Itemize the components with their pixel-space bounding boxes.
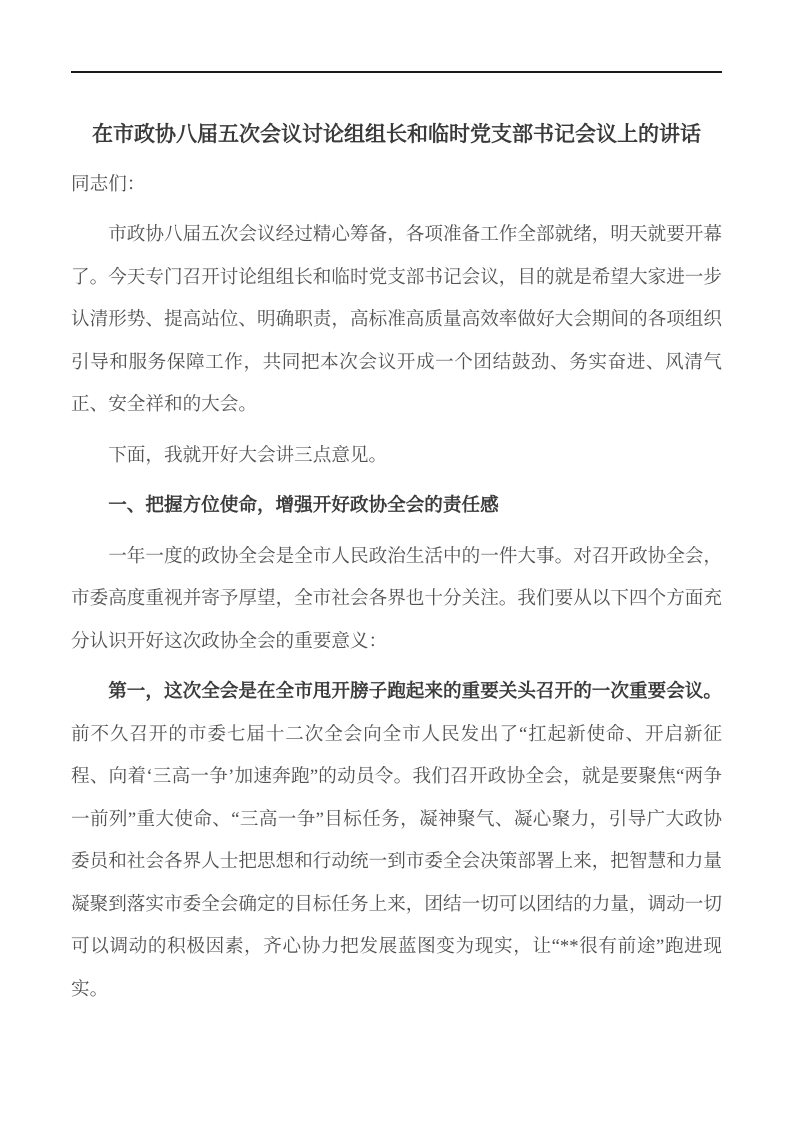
document-page: 在市政协八届五次会议讨论组组长和临时党支部书记会议上的讲话 同志们： 市政协八届…: [0, 0, 793, 1122]
paragraph-transition: 下面，我就开好大会讲三点意见。: [71, 435, 722, 478]
point-1-paragraph: 第一，这次全会是在全市甩开膀子跑起来的重要关头召开的一次重要会议。前不久召开的市…: [71, 671, 722, 1011]
document-content: 在市政协八届五次会议讨论组组长和临时党支部书记会议上的讲话 同志们： 市政协八届…: [0, 0, 793, 1011]
header-rule: [71, 71, 722, 73]
point-1-body-text: 前不久召开的市委七届十二次全会向全市人民发出了“扛起新使命、开启新征程、向着‘三…: [71, 724, 722, 1000]
section-1-intro: 一年一度的政协全会是全市人民政治生活中的一件大事。对召开政协全会，市委高度重视并…: [71, 536, 722, 664]
paragraph-intro: 市政协八届五次会议经过精心筹备，各项准备工作全部就绪，明天就要开幕了。今天专门召…: [71, 214, 722, 427]
section-1-heading: 一、把握方位使命，增强开好政协全会的责任感: [71, 485, 722, 528]
point-1-lead-sentence: 第一，这次全会是在全市甩开膀子跑起来的重要关头召开的一次重要会议。: [108, 681, 722, 702]
salutation: 同志们：: [71, 164, 722, 207]
document-title: 在市政协八届五次会议讨论组组长和临时党支部书记会议上的讲话: [71, 113, 722, 156]
